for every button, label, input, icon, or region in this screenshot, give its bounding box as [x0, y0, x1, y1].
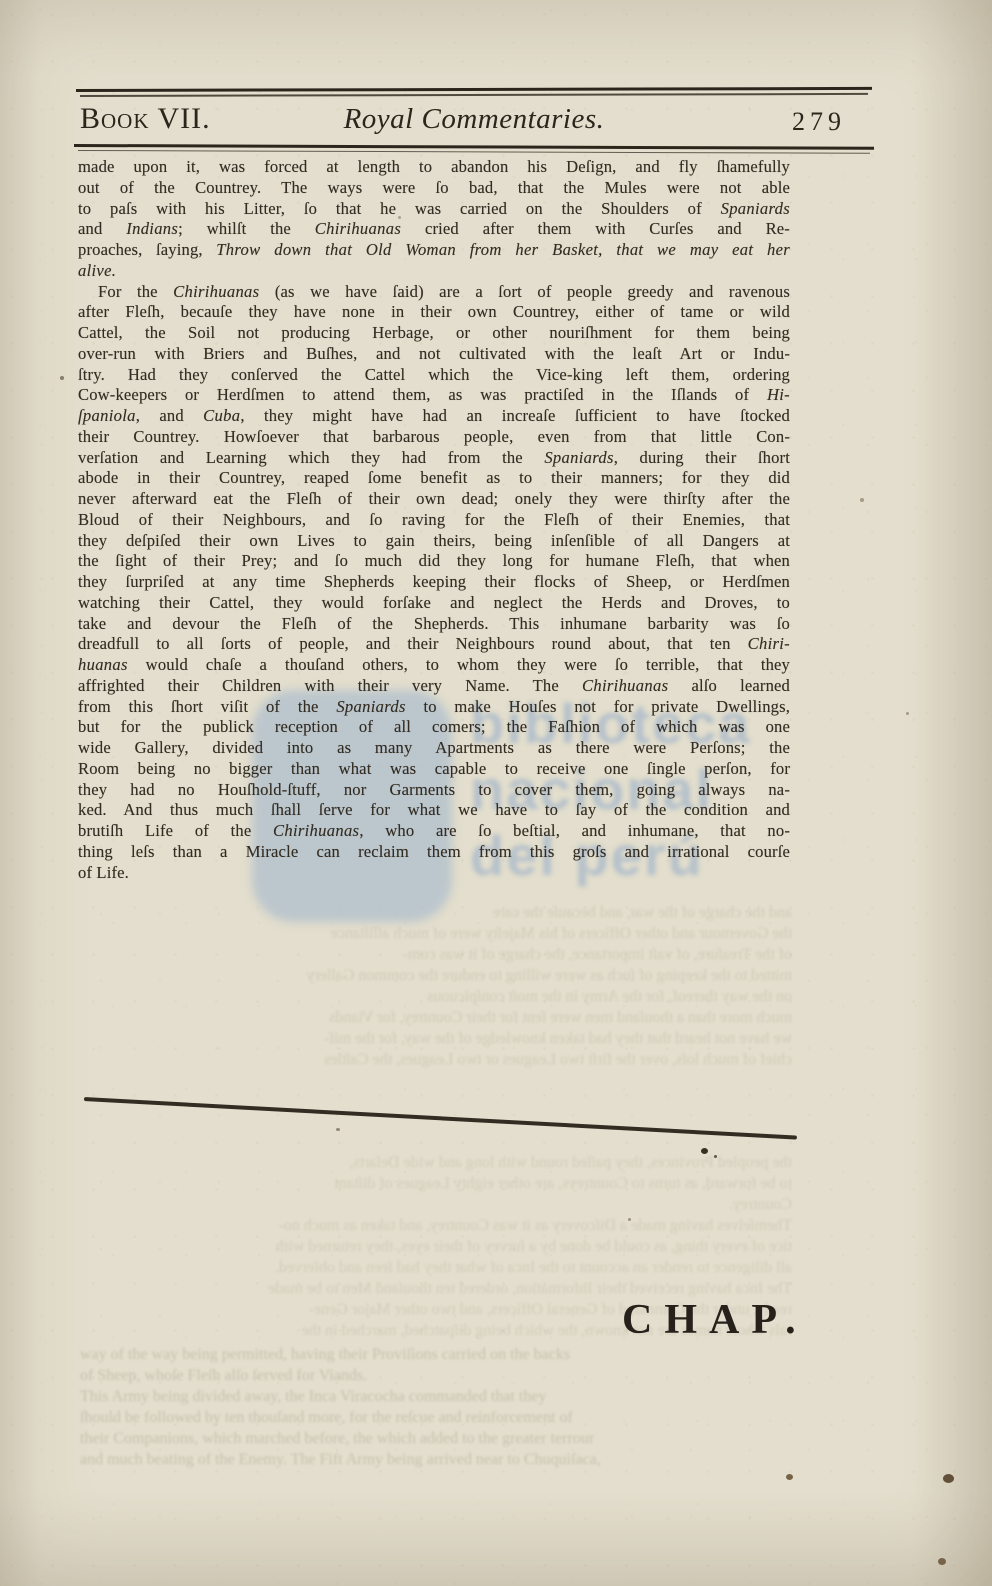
italic-text-segment: Indians — [126, 219, 178, 238]
text-line: For the Chirihuanas (as we have ſaid) ar… — [78, 282, 790, 303]
text-segment: For the — [98, 282, 173, 301]
text-line: they ſurpriſed at any time Shepherds kee… — [78, 572, 790, 593]
text-segment: take and devour the Fleſh of the Shepher… — [78, 614, 790, 633]
text-segment: they had no Houſhold-ſtuff, nor Garments… — [78, 780, 790, 799]
text-line: but for the publick reception of all com… — [78, 717, 790, 738]
text-line: after Fleſh, becauſe they have none in t… — [78, 302, 790, 323]
text-line: watching their Cattel, they would forſak… — [78, 593, 790, 614]
show-through-line: much more than a thouſand men were ſent … — [80, 1007, 792, 1028]
text-segment: brutiſh Life of the — [78, 821, 273, 840]
text-segment: watching their Cattel, they would forſak… — [78, 593, 790, 612]
ink-spot — [701, 1148, 708, 1154]
text-segment: over-run with Briers and Buſhes, and not… — [78, 344, 790, 363]
text-segment: after Fleſh, becauſe they have none in t… — [78, 302, 790, 321]
text-line: over-run with Briers and Buſhes, and not… — [78, 344, 790, 365]
text-line: Cattel, the Soil not producing Herbage, … — [78, 323, 790, 344]
text-line: of Life. — [78, 863, 790, 884]
ink-spot — [714, 1155, 717, 1158]
text-line: out of the Countrey. The ways were ſo ba… — [78, 178, 790, 199]
text-line: Bloud of their Neighbours, and ſo raving… — [78, 510, 790, 531]
italic-text-segment: Chirihuanas — [582, 676, 668, 695]
text-segment: would chaſe a thouſand others, to whom t… — [128, 655, 790, 674]
catchword: CHAP. — [622, 1296, 808, 1344]
show-through-line: mitted to the keeping of ſuch as were wi… — [80, 965, 792, 986]
show-through-line: of Sheep, whoſe Fleſh alſo ſerved for Vi… — [80, 1365, 792, 1386]
foxing-spot — [906, 712, 909, 715]
text-segment: never afterward eat the Fleſh of their o… — [78, 489, 790, 508]
text-segment: made upon it, was forced at length to ab… — [78, 157, 790, 176]
text-segment: dreadfull to all ſorts of people, and th… — [78, 634, 748, 653]
text-segment: they ſurpriſed at any time Shepherds kee… — [78, 572, 790, 591]
text-segment: wide Gallery, divided into as many Apart… — [78, 738, 790, 757]
ink-spot — [336, 1128, 340, 1131]
text-segment: cried after them with Curſes and Re- — [401, 219, 790, 238]
text-line: ked. And thus much ſhall ſerve for what … — [78, 800, 790, 821]
show-through-line: and the charge of the war, and becauſe t… — [80, 902, 792, 923]
page-number: 279 — [792, 107, 846, 137]
text-segment: their Countrey. Howſoever that barbarous… — [78, 427, 790, 446]
foxing-spot — [786, 1474, 793, 1480]
text-segment: , they might have had an increaſe ſuffic… — [240, 406, 790, 425]
text-line: their Countrey. Howſoever that barbarous… — [78, 427, 790, 448]
text-line: dreadfull to all ſorts of people, and th… — [78, 634, 790, 655]
text-segment: to make Houſes not for private Dwellings… — [406, 697, 790, 716]
text-segment: Cow-keepers or Herdſmen to attend them, … — [78, 385, 767, 404]
show-through-line: the peopled Provinces, they paſſed round… — [80, 1152, 792, 1173]
italic-text-segment: Chirihuanas — [273, 821, 359, 840]
text-line: they deſpiſed their own Lives to gain th… — [78, 531, 790, 552]
text-segment: but for the publick reception of all com… — [78, 717, 790, 736]
foxing-spot — [628, 1218, 631, 1221]
italic-text-segment: Chirihuanas — [173, 282, 259, 301]
show-through-line: to be forward, as turns to Countreys, ar… — [80, 1173, 792, 1194]
text-line: wide Gallery, divided into as many Apart… — [78, 738, 790, 759]
show-through-line: Countrey. — [80, 1194, 792, 1215]
italic-text-segment: Spaniards — [544, 448, 613, 467]
text-segment: of Life. — [78, 863, 129, 882]
italic-text-segment: Chirihuanas — [315, 219, 401, 238]
text-segment: the ſight of their Prey; and ſo much did… — [78, 551, 790, 570]
text-segment: alſo learned — [668, 676, 790, 695]
text-segment: , and — [136, 406, 203, 425]
italic-text-segment: huanas — [78, 655, 128, 674]
italic-text-segment: ſpaniola — [78, 406, 136, 425]
italic-text-segment: Throw down that Old Woman from her Baske… — [216, 240, 790, 259]
text-line: abode in their Countrey, reaped ſome ben… — [78, 468, 790, 489]
text-segment: from this ſhort viſit of the — [78, 697, 336, 716]
text-segment: (as we have ſaid) are a ſort of people g… — [259, 282, 790, 301]
text-line: alive. — [78, 261, 790, 282]
show-through-line: ſhould be followed by ten thouſand more,… — [80, 1407, 792, 1428]
text-segment: and — [78, 219, 126, 238]
show-through-line: of the Treaſure, of vaſt importance, the… — [80, 944, 792, 965]
running-title: Royal Commentaries. — [78, 103, 870, 136]
text-segment: to paſs with his Litter, ſo that he was … — [78, 199, 721, 218]
show-through-line: their Companions, which marched before, … — [80, 1428, 792, 1449]
text-segment: ked. And thus much ſhall ſerve for what … — [78, 800, 790, 819]
text-line: proaches, ſaying, Throw down that Old Wo… — [78, 240, 790, 261]
text-line: ſtry. Had they conſerved the Cattel whic… — [78, 365, 790, 386]
text-segment: , who are ſo beſtial, and inhumane, that… — [359, 821, 790, 840]
text-line: verſation and Learning which they had fr… — [78, 448, 790, 469]
italic-text-segment: Cuba — [203, 406, 240, 425]
text-line: affrighted their Children with their ver… — [78, 676, 790, 697]
text-line: from this ſhort viſit of the Spaniards t… — [78, 697, 790, 718]
show-through-line: tice of every thing, as could be done by… — [80, 1236, 792, 1257]
text-segment: , during their ſhort — [614, 448, 790, 467]
italic-text-segment: Hi- — [767, 385, 790, 404]
show-through-line: This Army being divided away, the Inca V… — [80, 1386, 792, 1407]
text-line: huanas would chaſe a thouſand others, to… — [78, 655, 790, 676]
show-through-line: and much beating of the Enemy. The Fift … — [80, 1449, 792, 1470]
show-through-line: chief of much loſs, over the firſt two L… — [80, 1049, 792, 1070]
show-through-line: on the way thereof, for the Army in the … — [80, 986, 792, 1007]
text-segment: ſtry. Had they conſerved the Cattel whic… — [78, 365, 790, 384]
italic-text-segment: alive. — [78, 261, 116, 280]
foxing-spot — [60, 376, 64, 380]
show-through-line: we have not heard that they had taken kn… — [80, 1028, 792, 1049]
text-line: thing leſs than a Miracle can reclaim th… — [78, 842, 790, 863]
foxing-spot — [860, 498, 864, 502]
show-through-group: and the charge of the war, and becauſe t… — [80, 902, 792, 1070]
text-segment: Room being no bigger than what was capab… — [78, 759, 790, 778]
text-segment: out of the Countrey. The ways were ſo ba… — [78, 178, 790, 197]
text-line: ſpaniola, and Cuba, they might have had … — [78, 406, 790, 427]
italic-text-segment: Spaniards — [336, 697, 405, 716]
text-segment: proaches, ſaying, — [78, 240, 216, 259]
text-block: made upon it, was forced at length to ab… — [78, 157, 790, 883]
text-segment: they deſpiſed their own Lives to gain th… — [78, 531, 790, 550]
text-segment: Bloud of their Neighbours, and ſo raving… — [78, 510, 790, 529]
foxing-spot — [943, 1474, 954, 1483]
text-line: Cow-keepers or Herdſmen to attend them, … — [78, 385, 790, 406]
text-line: never afterward eat the Fleſh of their o… — [78, 489, 790, 510]
show-through-line: all diligence to render an account to th… — [80, 1257, 792, 1278]
text-segment: affrighted their Children with their ver… — [78, 676, 582, 695]
italic-text-segment: Spaniards — [721, 199, 790, 218]
text-line: they had no Houſhold-ſtuff, nor Garments… — [78, 780, 790, 801]
text-line: made upon it, was forced at length to ab… — [78, 157, 790, 178]
show-through-line: Themſelves having made a Diſcovery as it… — [80, 1215, 792, 1236]
text-segment: thing leſs than a Miracle can reclaim th… — [78, 842, 790, 861]
foxing-spot — [938, 1558, 946, 1565]
text-line: and Indians; whilſt the Chirihuanas crie… — [78, 219, 790, 240]
text-segment: Cattel, the Soil not producing Herbage, … — [78, 323, 790, 342]
text-line: take and devour the Fleſh of the Shepher… — [78, 614, 790, 635]
text-segment: abode in their Countrey, reaped ſome ben… — [78, 468, 790, 487]
show-through-group: way of the way being permitted, having t… — [80, 1344, 792, 1470]
text-line: Room being no bigger than what was capab… — [78, 759, 790, 780]
text-segment: ; whilſt the — [178, 219, 315, 238]
text-line: the ſight of their Prey; and ſo much did… — [78, 551, 790, 572]
text-line: brutiſh Life of the Chirihuanas, who are… — [78, 821, 790, 842]
text-line: to paſs with his Litter, ſo that he was … — [78, 199, 790, 220]
show-through-line: the Governour and other Officers of his … — [80, 923, 792, 944]
foxing-spot — [398, 216, 401, 219]
show-through-line: way of the way being permitted, having t… — [80, 1344, 792, 1365]
text-segment: verſation and Learning which they had fr… — [78, 448, 544, 467]
italic-text-segment: Chiri- — [748, 634, 790, 653]
